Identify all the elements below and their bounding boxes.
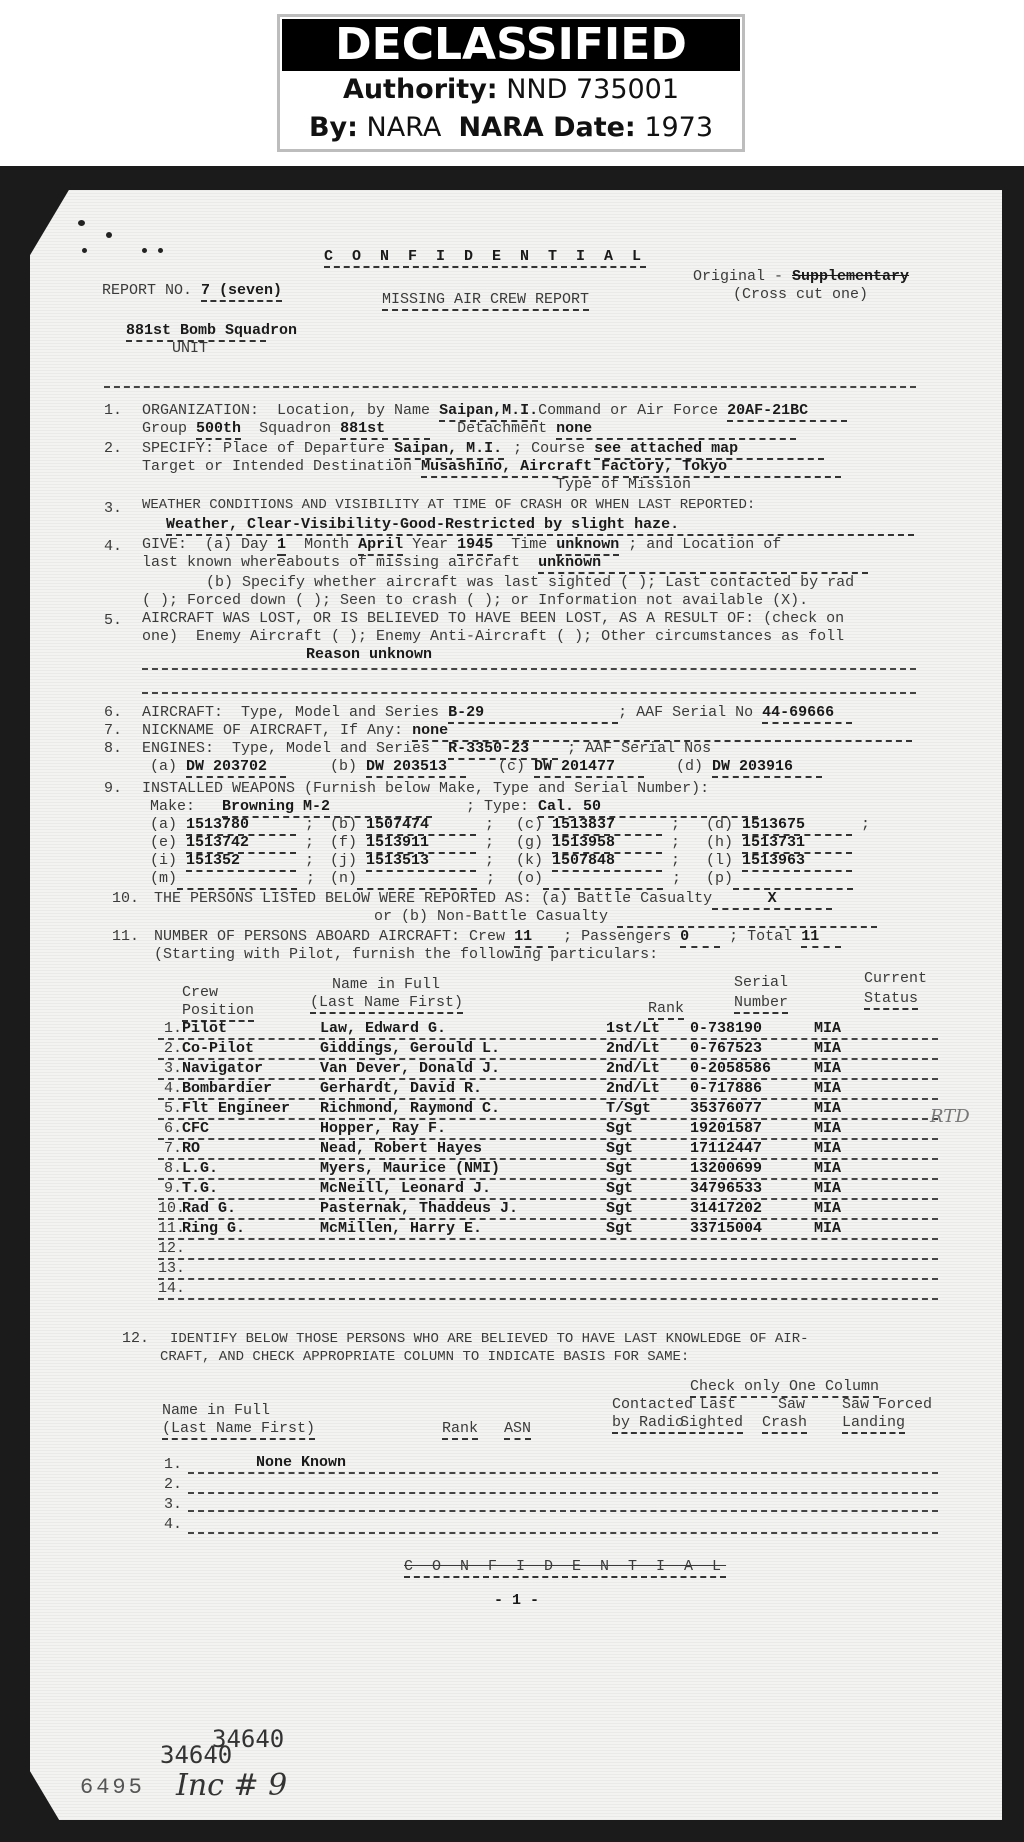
section-11-num: 11.: [112, 928, 139, 946]
unit-value: 881st Bomb Squadron: [126, 322, 266, 342]
declassified-title: DECLASSIFIED: [282, 19, 740, 71]
weapon-e: (e) 1513742 ;: [150, 834, 314, 854]
section-4-b-line2: ( ); Forced down ( ); Seen to crash ( );…: [142, 592, 808, 610]
weapon-p: (p): [706, 870, 853, 890]
section-12-line2: CRAFT, AND CHECK APPROPRIATE COLUMN TO I…: [160, 1348, 689, 1366]
col-status-1: Current: [864, 970, 927, 988]
knowledge-row-num: 2.: [164, 1476, 182, 1494]
knowledge-row-num: 4.: [164, 1516, 182, 1534]
loss-reason: Reason unknown: [306, 646, 432, 664]
header-rule: [104, 386, 916, 388]
weapon-d: (d) 1513675 ;: [706, 816, 870, 836]
engine-c: (c) DW 201477: [498, 758, 644, 778]
s12-col-landing-1: Saw Forced: [842, 1396, 932, 1414]
weapon-o: (o) ;: [516, 870, 681, 890]
crew-row: 9.T.G.McNeill, Leonard J.Sgt34796533MIA: [158, 1180, 938, 1200]
crew-row: 13.: [158, 1260, 938, 1280]
section-4-b-line1: (b) Specify whether aircraft was last si…: [206, 574, 854, 592]
crew-row: 2.Co-PilotGiddings, Gerould L.2nd/Lt0-76…: [158, 1040, 938, 1060]
weapon-j: (j) 1513513 ;: [330, 852, 494, 872]
section-7-num: 7.: [104, 722, 122, 740]
s12-col-sighted-2: Sighted: [680, 1414, 743, 1434]
section-6-num: 6.: [104, 704, 122, 722]
weapon-n: (n) ;: [330, 870, 495, 890]
page-number: - 1 -: [494, 1592, 539, 1610]
knowledge-row: None Known: [188, 1454, 938, 1474]
section-3-num: 3.: [104, 500, 122, 518]
col-rank: Rank: [648, 1000, 684, 1020]
section-4-line2: last known whereabouts of missing aircra…: [142, 554, 868, 574]
section-5-num: 5.: [104, 612, 122, 630]
knowledge-row-num: 3.: [164, 1496, 182, 1514]
ink-speck: [82, 248, 87, 253]
ink-speck: [78, 220, 85, 226]
authority-line: Authority: NND 735001: [280, 71, 742, 109]
knowledge-row-num: 1.: [164, 1456, 182, 1474]
section-11-instruction: (Starting with Pilot, furnish the follow…: [154, 946, 658, 964]
unit-label: UNIT: [172, 340, 208, 358]
weapon-k: (k) 1507848 ;: [516, 852, 680, 872]
rule: [142, 692, 916, 694]
col-status-2: Status: [864, 990, 918, 1010]
crew-row: 10.Rad G.Pasternak, Thaddeus J.Sgt314172…: [158, 1200, 938, 1220]
archive-stamp-bottom: 34640: [160, 1742, 232, 1768]
check-note: Check only One Column: [690, 1378, 879, 1398]
s12-col-sighted-1: Last: [700, 1396, 736, 1414]
s12-col-name-2: (Last Name First): [162, 1420, 315, 1440]
weapons-make: Make: Browning M-2: [150, 798, 432, 818]
section-5-line2: one) Enemy Aircraft ( ); Enemy Anti-Airc…: [142, 628, 844, 646]
section-4-line1: GIVE: (a) Day 1 Month April Year 1945 Ti…: [142, 536, 781, 556]
weapon-b: (b) 1507474 ;: [330, 816, 494, 836]
margin-handwritten-note: RTD: [930, 1106, 970, 1127]
col-serial-1: Serial: [734, 974, 788, 992]
declassified-stamp: DECLASSIFIED Authority: NND 735001 By: N…: [277, 14, 745, 152]
knowledge-row: [188, 1514, 938, 1534]
ink-speck: [106, 232, 112, 238]
section-6-line: AIRCRAFT: Type, Model and Series B-29; A…: [142, 704, 852, 724]
s12-col-asn: ASN: [504, 1420, 531, 1440]
weapon-l: (l) 1513963: [706, 852, 852, 872]
section-8-line: ENGINES: Type, Model and Series R-3350-2…: [142, 740, 711, 760]
section-11-line1: NUMBER OF PERSONS ABOARD AIRCRAFT: Crew …: [154, 928, 841, 948]
engine-b: (b) DW 203513: [330, 758, 466, 778]
section-8-num: 8.: [104, 740, 122, 758]
original-line: Original - Supplementary: [693, 268, 909, 286]
section-12-line1: IDENTIFY BELOW THOSE PERSONS WHO ARE BEL…: [170, 1330, 809, 1348]
engine-d: (d) DW 203916: [676, 758, 822, 778]
col-name-2: (Last Name First): [310, 994, 463, 1014]
weapon-i: (i) 151352 ;: [150, 852, 314, 872]
crew-row: 5.Flt EngineerRichmond, Raymond C.T/Sgt3…: [158, 1100, 938, 1120]
report-number: REPORT NO. 7 (seven): [102, 282, 282, 302]
section-4-num: 4.: [104, 538, 122, 556]
weapon-g: (g) 1513958 ;: [516, 834, 680, 854]
weather-value: Weather, Clear-Visibility-Good-Restricte…: [166, 516, 914, 536]
s12-col-crash-1: Saw: [778, 1396, 805, 1414]
weapon-f: (f) 1513911 ;: [330, 834, 494, 854]
section-2-line1: SPECIFY: Place of Departure Saipan, M.I.…: [142, 440, 824, 460]
weapon-h: (h) 1513731: [706, 834, 852, 854]
s12-col-name-1: Name in Full: [162, 1402, 270, 1420]
mission-type-label: Type of Mission: [556, 476, 691, 494]
s12-col-landing-2: Landing: [842, 1414, 905, 1434]
section-12-num: 12.: [122, 1330, 149, 1348]
form-title: MISSING AIR CREW REPORT: [382, 291, 589, 311]
col-position-2: Position: [182, 1002, 254, 1022]
section-3-label: WEATHER CONDITIONS AND VISIBILITY AT TIM…: [142, 496, 755, 514]
weapons-type: ; Type: Cal. 50: [466, 798, 758, 818]
col-name-1: Name in Full: [332, 976, 440, 994]
section-1-line1: ORGANIZATION: Location, by Name Saipan,M…: [142, 402, 847, 422]
section-2-num: 2.: [104, 440, 122, 458]
section-9-label: INSTALLED WEAPONS (Furnish below Make, T…: [142, 780, 709, 798]
handwritten-inclosure-note: Inc # 9: [176, 1768, 287, 1803]
weapon-c: (c) 1513837 ;: [516, 816, 680, 836]
s12-col-radio-2: by Radio: [612, 1414, 684, 1434]
ink-speck: [158, 248, 163, 253]
ink-speck: [142, 248, 147, 253]
file-number: 6495: [80, 1776, 145, 1800]
crew-row: 3.NavigatorVan Dever, Donald J.2nd/Lt0-2…: [158, 1060, 938, 1080]
section-10-line1: THE PERSONS LISTED BELOW WERE REPORTED A…: [154, 890, 832, 910]
section-1-line2: Group 500th Squadron 881st Detachment no…: [142, 420, 796, 440]
classification-top: C O N F I D E N T I A L: [324, 248, 646, 268]
section-1-num: 1.: [104, 402, 122, 420]
nara-line: By: NARA NARA Date: 1973: [280, 109, 742, 147]
crew-row: 8.L.G.Myers, Maurice (NMI)Sgt13200699MIA: [158, 1160, 938, 1180]
cross-note: (Cross cut one): [733, 286, 868, 304]
section-7-line: NICKNAME OF AIRCRAFT, If Any: none: [142, 722, 912, 742]
section-2-line2: Target or Intended Destination Musashino…: [142, 458, 841, 478]
crew-row: 12.: [158, 1240, 938, 1260]
weapon-a: (a) 1513780 ;: [150, 816, 314, 836]
crew-row: 11.Ring G.McMillen, Harry E.Sgt33715004M…: [158, 1220, 938, 1240]
section-10-num: 10.: [112, 890, 139, 908]
rule: [142, 668, 916, 670]
knowledge-row: [188, 1474, 938, 1494]
section-5-line1: AIRCRAFT WAS LOST, OR IS BELIEVED TO HAV…: [142, 610, 844, 628]
knowledge-row: [188, 1492, 938, 1512]
crew-row: 6.CFCHopper, Ray F.Sgt19201587MIA: [158, 1120, 938, 1140]
weapon-m: (m) ;: [150, 870, 315, 890]
crew-row: 14.: [158, 1280, 938, 1300]
section-9-num: 9.: [104, 780, 122, 798]
col-position-1: Crew: [182, 984, 218, 1002]
s12-col-rank: Rank: [442, 1420, 478, 1440]
s12-col-crash-2: Crash: [762, 1414, 807, 1434]
col-serial-2: Number: [734, 994, 788, 1014]
document-page: REPORT NO. 7 (seven) C O N F I D E N T I…: [30, 190, 1002, 1820]
crew-row: 1.PilotLaw, Edward G.1st/Lt0-738190MIA: [158, 1020, 938, 1040]
crew-row: 4.BombardierGerhardt, David R.2nd/Lt0-71…: [158, 1080, 938, 1100]
engine-a: (a) DW 203702: [150, 758, 286, 778]
crew-row: 7.RONead, Robert HayesSgt17112447MIA: [158, 1140, 938, 1160]
classification-bottom: C O N F I D E N T I A L: [404, 1558, 726, 1578]
s12-col-radio-1: Contacted: [612, 1396, 693, 1414]
section-10-line2: or (b) Non-Battle Casualty: [374, 908, 877, 928]
